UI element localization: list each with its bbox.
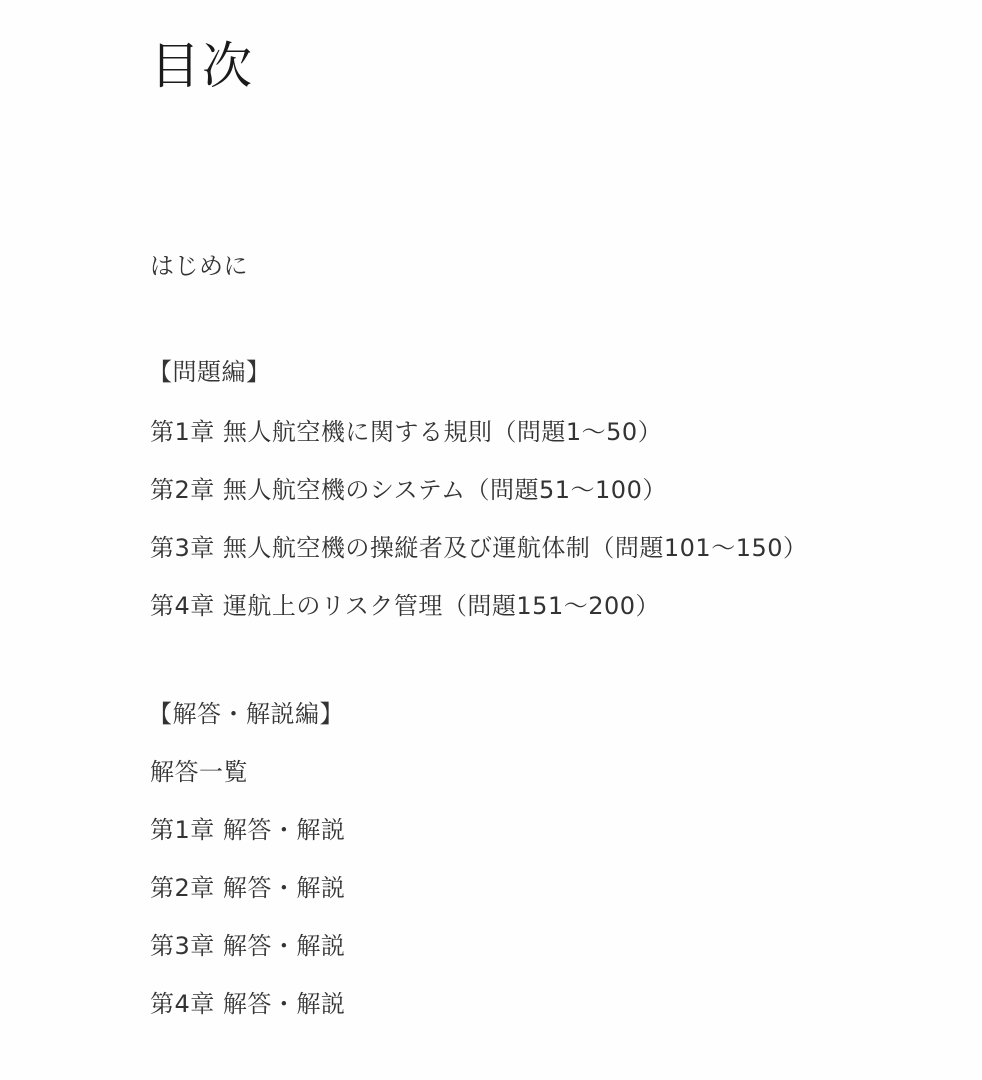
toc-item-questions-chapter-2[interactable]: 第2章 無人航空機のシステム（問題51～100）	[150, 474, 667, 506]
toc-item-introduction[interactable]: はじめに	[150, 250, 248, 282]
toc-item-questions-chapter-3[interactable]: 第3章 無人航空機の操縦者及び運航体制（問題101～150）	[150, 532, 808, 564]
toc-item-answers-chapter-4[interactable]: 第4章 解答・解説	[150, 988, 345, 1020]
toc-page: 目次 はじめに 【問題編】 第1章 無人航空機に関する規則（問題1～50） 第2…	[0, 0, 982, 1080]
toc-item-questions-chapter-4[interactable]: 第4章 運航上のリスク管理（問題151～200）	[150, 590, 660, 622]
toc-item-answers-chapter-3[interactable]: 第3章 解答・解説	[150, 930, 345, 962]
section-heading-answers: 【解答・解説編】	[148, 698, 344, 730]
section-heading-questions: 【問題編】	[148, 356, 271, 388]
toc-item-answer-list[interactable]: 解答一覧	[150, 756, 248, 788]
toc-item-answers-chapter-1[interactable]: 第1章 解答・解説	[150, 814, 345, 846]
toc-item-questions-chapter-1[interactable]: 第1章 無人航空機に関する規則（問題1～50）	[150, 416, 662, 448]
toc-item-answers-chapter-2[interactable]: 第2章 解答・解説	[150, 872, 345, 904]
page-title: 目次	[150, 36, 254, 96]
